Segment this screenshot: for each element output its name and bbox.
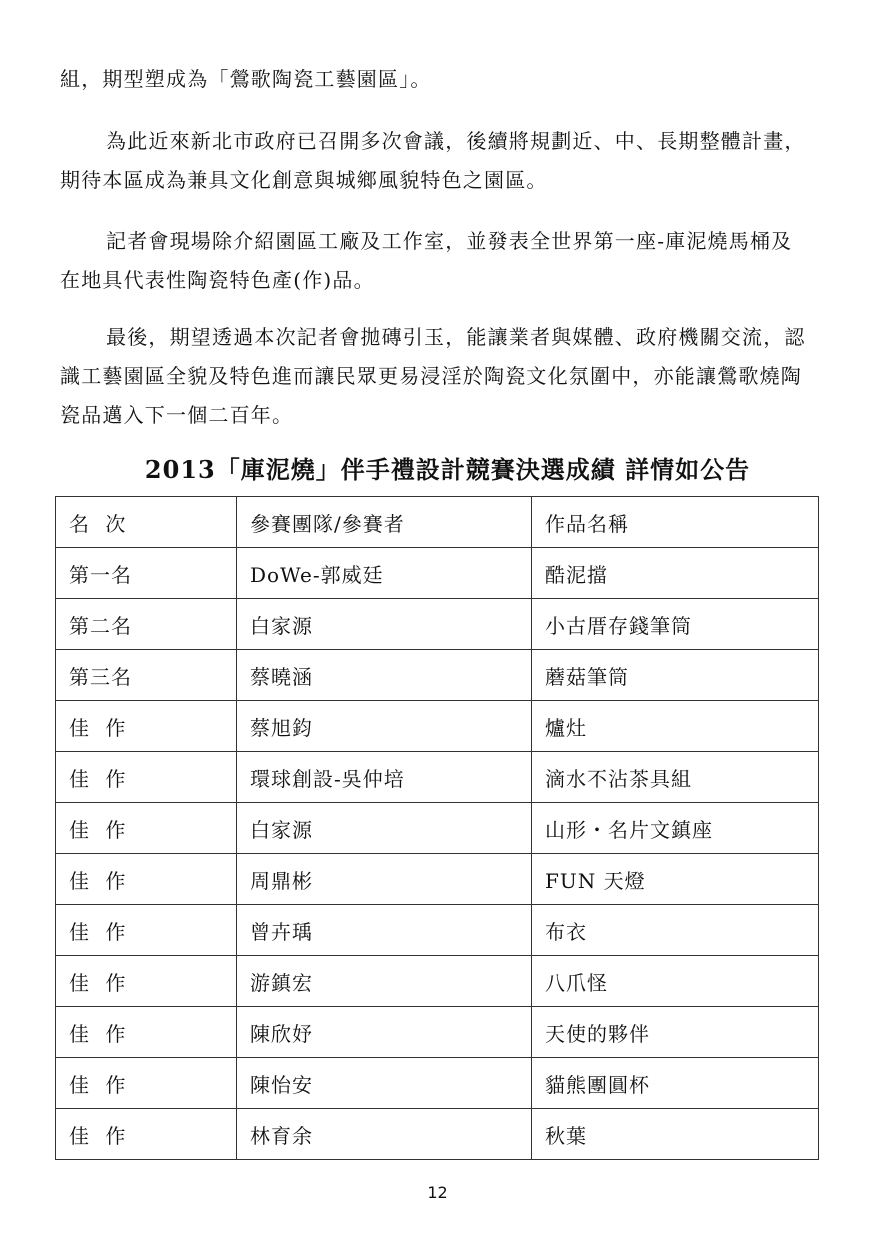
header-participant: 參賽團隊/參賽者 <box>237 497 532 548</box>
cell-participant: 蔡曉涵 <box>237 650 532 701</box>
cell-rank: 第三名 <box>56 650 237 701</box>
cell-rank: 佳 作 <box>56 701 237 752</box>
table-row: 佳 作游鎮宏八爪怪 <box>56 956 819 1007</box>
table-row: 佳 作環球創設-吳仲培滴水不沾茶具組 <box>56 752 819 803</box>
table-row: 佳 作白家源山形・名片文鎮座 <box>56 803 819 854</box>
cell-work-title: 秋葉 <box>532 1109 819 1160</box>
cell-participant: 陳怡安 <box>237 1058 532 1109</box>
cell-rank: 佳 作 <box>56 1007 237 1058</box>
table-row: 佳 作周鼎彬FUN 天燈 <box>56 854 819 905</box>
table-row: 佳 作林育余秋葉 <box>56 1109 819 1160</box>
cell-rank: 佳 作 <box>56 803 237 854</box>
cell-participant: 林育余 <box>237 1109 532 1160</box>
cell-participant: 陳欣妤 <box>237 1007 532 1058</box>
table-row: 第三名蔡曉涵蘑菇筆筒 <box>56 650 819 701</box>
cell-participant: 周鼎彬 <box>237 854 532 905</box>
header-rank: 名 次 <box>56 497 237 548</box>
cell-participant: 曾卉瑀 <box>237 905 532 956</box>
cell-work-title: 爐灶 <box>532 701 819 752</box>
cell-rank: 佳 作 <box>56 905 237 956</box>
cell-rank: 佳 作 <box>56 752 237 803</box>
cell-rank: 第一名 <box>56 548 237 599</box>
table-row: 佳 作陳怡安貓熊團圓杯 <box>56 1058 819 1109</box>
cell-rank: 佳 作 <box>56 854 237 905</box>
paragraph-continuation: 組，期型塑成為「鶯歌陶瓷工藝園區」。 <box>60 60 812 99</box>
table-row: 佳 作陳欣妤天使的夥伴 <box>56 1007 819 1058</box>
cell-rank: 佳 作 <box>56 1109 237 1160</box>
cell-work-title: 蘑菇筆筒 <box>532 650 819 701</box>
table-title: 2013「庫泥燒」伴手禮設計競賽決選成績 詳情如公告 <box>0 450 875 485</box>
page-number: 12 <box>0 1183 875 1202</box>
cell-work-title: 貓熊團圓杯 <box>532 1058 819 1109</box>
cell-participant: DoWe-郭威廷 <box>237 548 532 599</box>
cell-participant: 白家源 <box>237 599 532 650</box>
cell-work-title: 小古厝存錢筆筒 <box>532 599 819 650</box>
cell-work-title: 八爪怪 <box>532 956 819 1007</box>
results-table: 名 次 參賽團隊/參賽者 作品名稱 第一名DoWe-郭威廷酷泥擋第二名白家源小古… <box>55 496 819 1160</box>
cell-rank: 佳 作 <box>56 956 237 1007</box>
cell-participant: 環球創設-吳仲培 <box>237 752 532 803</box>
table-row: 第二名白家源小古厝存錢筆筒 <box>56 599 819 650</box>
cell-participant: 游鎮宏 <box>237 956 532 1007</box>
paragraph-press-conference: 記者會現場除介紹園區工廠及工作室，並發表全世界第一座-庫泥燒馬桶及在地具代表性陶… <box>60 222 812 300</box>
table-row: 佳 作蔡旭鈞爐灶 <box>56 701 819 752</box>
table-row: 佳 作曾卉瑀布衣 <box>56 905 819 956</box>
cell-work-title: 滴水不沾茶具組 <box>532 752 819 803</box>
cell-work-title: 天使的夥伴 <box>532 1007 819 1058</box>
cell-work-title: 山形・名片文鎮座 <box>532 803 819 854</box>
cell-participant: 蔡旭鈞 <box>237 701 532 752</box>
table-row: 第一名DoWe-郭威廷酷泥擋 <box>56 548 819 599</box>
cell-rank: 第二名 <box>56 599 237 650</box>
cell-rank: 佳 作 <box>56 1058 237 1109</box>
table-header-row: 名 次 參賽團隊/參賽者 作品名稱 <box>56 497 819 548</box>
paragraph-closing: 最後，期望透過本次記者會拋磚引玉，能讓業者與媒體、政府機關交流，認識工藝園區全貌… <box>60 318 812 435</box>
cell-work-title: 布衣 <box>532 905 819 956</box>
cell-work-title: 酷泥擋 <box>532 548 819 599</box>
header-work-title: 作品名稱 <box>532 497 819 548</box>
cell-work-title: FUN 天燈 <box>532 854 819 905</box>
paragraph-government-meetings: 為此近來新北市政府已召開多次會議，後續將規劃近、中、長期整體計畫，期待本區成為兼… <box>60 122 812 200</box>
cell-participant: 白家源 <box>237 803 532 854</box>
